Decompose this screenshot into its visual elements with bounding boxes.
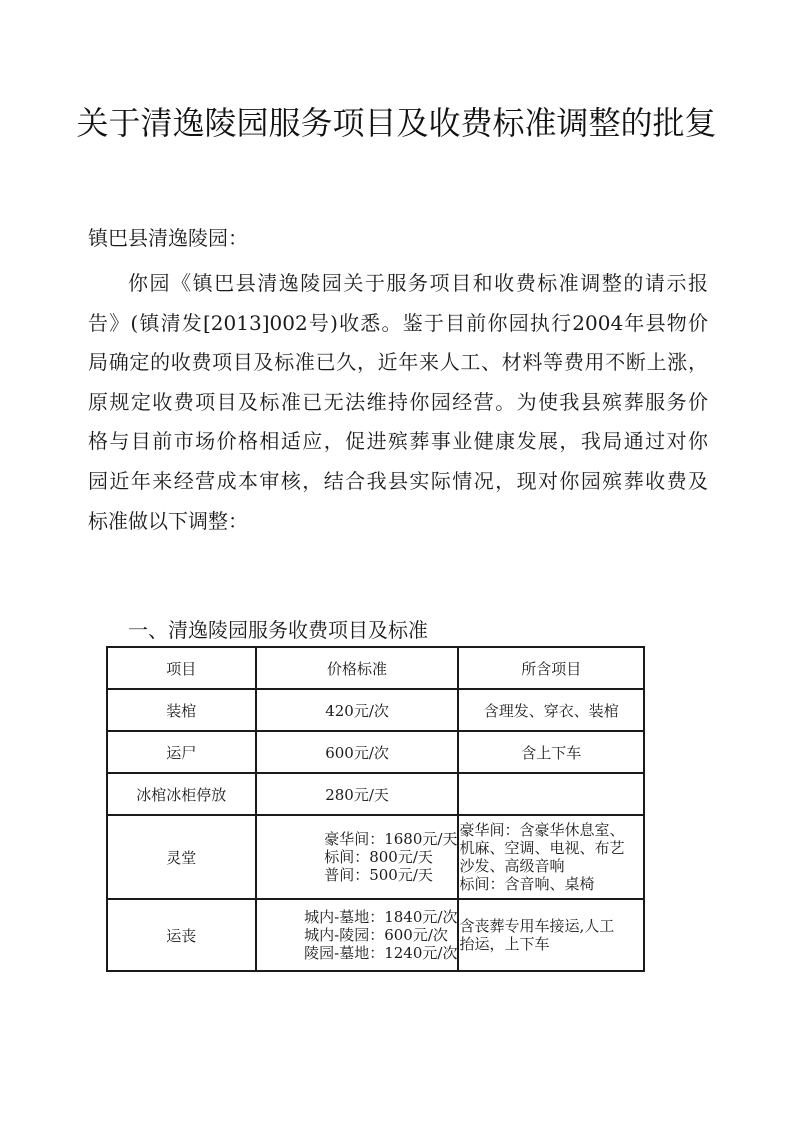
- cell-includes: 豪华间：含豪华休息室、 机麻、空调、电视、布艺 沙发、高级音响 标间：含音响、桌…: [458, 815, 644, 899]
- table-header-row: 项目 价格标准 所含项目: [107, 647, 644, 689]
- header-price: 价格标准: [256, 647, 459, 689]
- body-line: 告》(镇清发[2013]002号)收悉。鉴于目前你园执行2004年县物价: [88, 304, 708, 344]
- cell-item: 运丧: [107, 899, 256, 971]
- includes-line: 含丧葬专用车接运,人工: [459, 917, 643, 935]
- section-heading: 一、清逸陵园服务收费项目及标准: [128, 616, 428, 644]
- cell-price: 280元/天: [256, 773, 459, 815]
- document-title: 关于清逸陵园服务项目及收费标准调整的批复: [0, 101, 793, 145]
- body-line: 局确定的收费项目及标准已久，近年来人工、材料等费用不断上涨，: [88, 343, 708, 383]
- cell-item: 灵堂: [107, 815, 256, 899]
- table-row: 灵堂 豪华间：1680元/天 标间：800元/天 普间：500元/天 豪华间：含…: [107, 815, 644, 899]
- body-line: 标准做以下调整：: [88, 502, 708, 542]
- cell-includes: 含上下车: [458, 731, 644, 773]
- body-line: 你园《镇巴县清逸陵园关于服务项目和收费标准调整的请示报: [88, 264, 708, 304]
- table-row: 运尸 600元/次 含上下车: [107, 731, 644, 773]
- cell-item: 冰棺冰柜停放: [107, 773, 256, 815]
- cell-includes: 含丧葬专用车接运,人工 抬运，上下车: [458, 899, 644, 971]
- addressee: 镇巴县清逸陵园：: [88, 224, 248, 252]
- cell-price: 城内-墓地：1840元/次 城内-陵园：600元/次 陵园-墓地：1240元/次: [256, 899, 459, 971]
- header-includes: 所含项目: [458, 647, 644, 689]
- cell-includes: 含理发、穿衣、装棺: [458, 689, 644, 731]
- price-lines: 城内-墓地：1840元/次 城内-陵园：600元/次 陵园-墓地：1240元/次: [304, 908, 457, 962]
- includes-line: 标间：含音响、桌椅: [459, 875, 643, 893]
- body-line: 格与目前市场价格相适应，促进殡葬事业健康发展，我局通过对你: [88, 422, 708, 462]
- cell-item: 装棺: [107, 689, 256, 731]
- table-row: 冰棺冰柜停放 280元/天: [107, 773, 644, 815]
- includes-line: 机麻、空调、电视、布艺: [459, 839, 643, 857]
- price-line: 城内-墓地：1840元/次: [304, 908, 457, 926]
- cell-price: 420元/次: [256, 689, 459, 731]
- price-line: 城内-陵园：600元/次: [304, 926, 457, 944]
- includes-line: 豪华间：含豪华休息室、: [459, 821, 643, 839]
- cell-item: 运尸: [107, 731, 256, 773]
- cell-includes-empty: [458, 773, 644, 815]
- table-row: 装棺 420元/次 含理发、穿衣、装棺: [107, 689, 644, 731]
- includes-line: 沙发、高级音响: [459, 857, 643, 875]
- body-paragraph: 你园《镇巴县清逸陵园关于服务项目和收费标准调整的请示报 告》(镇清发[2013]…: [88, 264, 708, 541]
- body-line: 园近年来经营成本审核，结合我县实际情况，现对你园殡葬收费及: [88, 462, 708, 502]
- price-line: 标间：800元/天: [324, 848, 457, 866]
- cell-price: 600元/次: [256, 731, 459, 773]
- price-line: 豪华间：1680元/天: [324, 830, 457, 848]
- price-line: 陵园-墓地：1240元/次: [304, 944, 457, 962]
- fee-table: 项目 价格标准 所含项目 装棺 420元/次 含理发、穿衣、装棺 运尸 600元…: [106, 646, 645, 972]
- cell-price: 豪华间：1680元/天 标间：800元/天 普间：500元/天: [256, 815, 459, 899]
- header-item: 项目: [107, 647, 256, 689]
- body-line: 原规定收费项目及标准已无法维持你园经营。为使我县殡葬服务价: [88, 383, 708, 423]
- price-lines: 豪华间：1680元/天 标间：800元/天 普间：500元/天: [324, 830, 457, 884]
- price-line: 普间：500元/天: [324, 866, 457, 884]
- table-row: 运丧 城内-墓地：1840元/次 城内-陵园：600元/次 陵园-墓地：1240…: [107, 899, 644, 971]
- includes-line: 抬运，上下车: [459, 935, 643, 953]
